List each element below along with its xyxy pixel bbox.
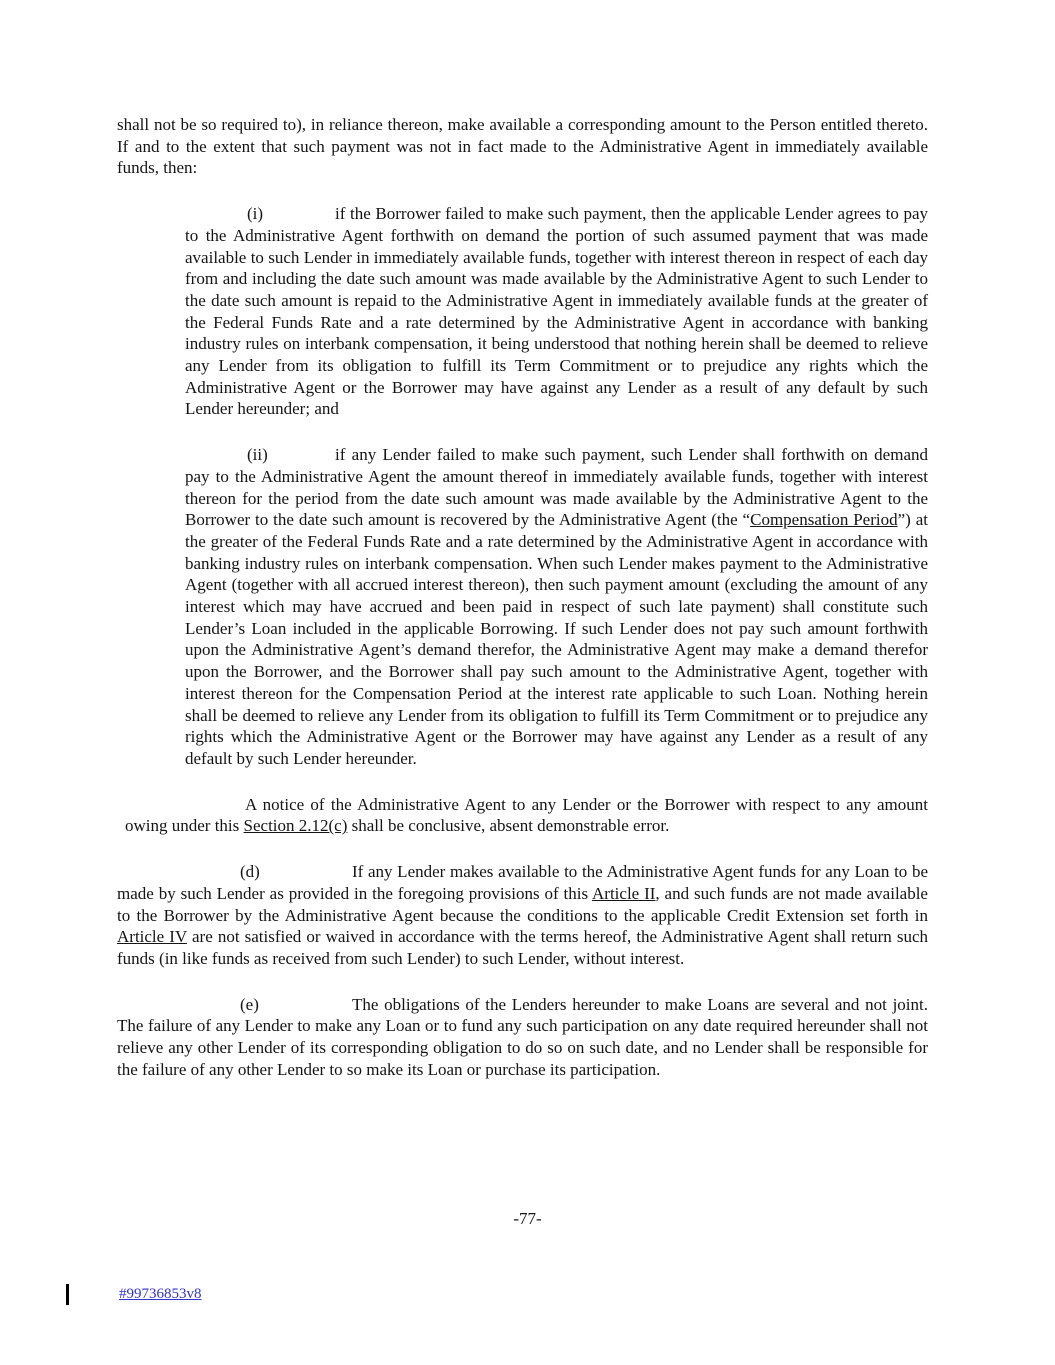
paragraph-item-d: (d)If any Lender makes available to the … (117, 861, 928, 970)
item-i-label: (i) (247, 203, 335, 225)
paragraph-item-e: (e)The obligations of the Lenders hereun… (117, 994, 928, 1081)
item-i-text: if the Borrower failed to make such paym… (185, 204, 928, 418)
paragraph-notice: A notice of the Administrative Agent to … (125, 794, 928, 837)
defined-term-compensation-period: Compensation Period (750, 510, 898, 529)
paragraph-item-i: (i)if the Borrower failed to make such p… (185, 203, 928, 420)
item-e-label: (e) (240, 994, 352, 1016)
item-d-text-seg3: are not satisfied or waived in accordanc… (117, 927, 928, 968)
notice-text-seg2: shall be conclusive, absent demonstrable… (347, 816, 669, 835)
paragraph-intro: shall not be so required to), in relianc… (117, 114, 928, 179)
item-d-label: (d) (240, 861, 352, 883)
item-ii-text-seg2: ”) at the greater of the Federal Funds R… (185, 510, 928, 768)
paragraph-item-ii: (ii)if any Lender failed to make such pa… (185, 444, 928, 770)
item-ii-label: (ii) (247, 444, 335, 466)
section-2-12c-reference: Section 2.12(c) (244, 816, 348, 835)
change-bar (66, 1284, 69, 1305)
document-page: shall not be so required to), in relianc… (0, 0, 1055, 1365)
article-ii-reference: Article II (592, 884, 655, 903)
item-e-text: The obligations of the Lenders hereunder… (117, 995, 928, 1079)
article-iv-reference: Article IV (117, 927, 187, 946)
page-body-text: shall not be so required to), in relianc… (117, 114, 928, 1104)
page-number: -77- (0, 1209, 1055, 1229)
doc-id-link[interactable]: #99736853v8 (119, 1286, 202, 1303)
